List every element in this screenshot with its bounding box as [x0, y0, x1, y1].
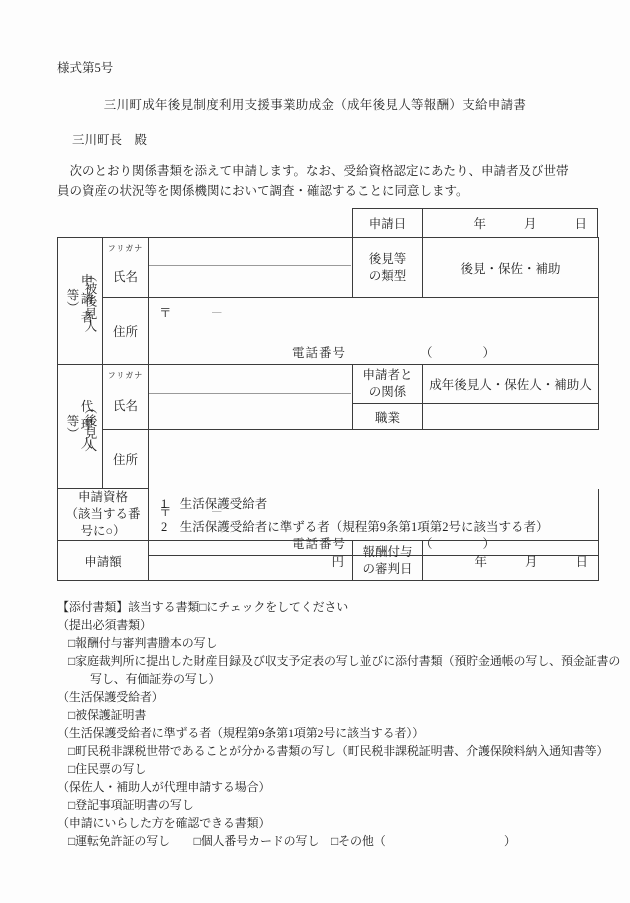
attachment-group-heading: （保佐人・補助人が代理申請する場合）: [57, 778, 617, 796]
month-label: 月: [524, 214, 537, 232]
qualification-options-cell: 1 生活保護受給者 2 生活保護受給者に準ずる者（規程第9条第1項第2号に該当す…: [149, 489, 599, 541]
occupation-value-cell: [423, 404, 599, 430]
applicant-name-label-cell: フリガナ 氏名: [103, 238, 149, 298]
amount-label-cell: 申請額: [58, 541, 149, 581]
qualification-label: （該当する番: [65, 506, 140, 523]
judgment-date-label-cell: 報酬付与 の審判日: [353, 541, 423, 581]
postal-separator: －: [211, 306, 224, 320]
phone-paren-close: ）: [483, 346, 496, 360]
attachment-group-heading: （生活保護受給者に準ずる者（規程第9条第1項第2号に該当する者））: [57, 724, 617, 742]
agent-name-label-cell: フリガナ 氏名: [103, 365, 149, 430]
attachments-section: 【添付書類】該当する書類□にチェックをしてください （提出必須書類） □報酬付与…: [57, 598, 617, 850]
judgment-date-label: の審判日: [362, 561, 412, 578]
relation-value: 成年後見人・保佐人・補助人: [429, 375, 592, 393]
phone-paren-open: （: [420, 346, 433, 360]
agent-name-label: 氏名: [103, 381, 148, 429]
occupation-label-cell: 職業: [353, 404, 423, 430]
year-label: 年: [474, 552, 487, 570]
qualification-option: 2 生活保護受給者に準ずる者（規程第9条第1項第2号に該当する者）: [161, 517, 549, 535]
amount-label: 申請額: [84, 552, 122, 570]
applicant-address-label: 住所: [113, 322, 138, 340]
judgment-date-value-cell: 年 月 日: [423, 541, 599, 581]
relation-label: 申請者と: [362, 367, 412, 384]
applicant-role-note: （被後見人等）: [63, 270, 99, 333]
attachments-heading: 【添付書類】該当する書類□にチェックをしてください: [57, 598, 617, 616]
qualification-label: 号に○）: [80, 523, 125, 540]
furigana-rule: [149, 393, 351, 394]
applicant-address-field: 〒－ 電話番号（）: [149, 298, 599, 365]
postal-row: 〒－: [149, 303, 223, 321]
guardian-type-label: 後見等: [369, 251, 407, 268]
addressee: 三川町長 殿: [72, 130, 147, 148]
agent-name-field: [149, 365, 353, 430]
attachment-checkbox-item: □住民票の写し: [57, 760, 617, 778]
relation-label-cell: 申請者と の関係: [353, 365, 423, 404]
attachment-checkbox-item: □町民税非課税世帯であることが分かる書類の写し（町民税非課税証明書、介護保険料納…: [57, 742, 617, 760]
qualification-label-cell: 申請資格 （該当する番 号に○）: [58, 489, 149, 541]
attachment-group-heading: （申請にいらした方を確認できる書類）: [57, 814, 617, 832]
application-date-label: 申請日: [353, 209, 423, 237]
intro-paragraph: 次のとおり関係書類を添えて申請します。なお、受給資格認定にあたり、申請者及び世帯…: [57, 162, 602, 201]
attachment-checkbox-item: □運転免許証の写し □個人番号カードの写し □その他（ ）: [57, 832, 617, 850]
applicant-name-label: 氏名: [103, 254, 148, 297]
postal-mark: 〒: [159, 306, 172, 320]
attachment-checkbox-item: □被保護証明書: [57, 706, 617, 724]
form-number: 様式第5号: [57, 58, 113, 76]
attachment-checkbox-item: □報酬付与審判書謄本の写し: [57, 634, 617, 652]
month-label: 月: [525, 552, 538, 570]
qualification-label: 申請資格: [78, 489, 128, 506]
guardian-type-label-cell: 後見等 の類型: [353, 238, 423, 298]
day-label: 日: [575, 552, 588, 570]
furigana-rule: [149, 265, 351, 266]
applicant-role-cell: 申請者 （被後見人等）: [58, 238, 103, 365]
guardian-type-value-cell: 後見・保佐・補助: [423, 238, 599, 298]
agent-address-label: 住所: [113, 450, 138, 468]
applicant-name-field: [149, 238, 353, 298]
document-page: 様式第5号 三川町成年後見制度利用支援事業助成金（成年後見人等報酬）支給申請書 …: [0, 0, 630, 903]
phone-label: 電話番号: [292, 346, 346, 360]
intro-line: 次のとおり関係書類を添えて申請します。なお、受給資格認定にあたり、申請者及び世帯: [57, 162, 602, 182]
attachment-group-heading: （生活保護受給者）: [57, 688, 617, 706]
attachment-group-heading: （提出必須書類）: [57, 616, 617, 634]
applicant-address-label-cell: 住所: [103, 298, 149, 365]
phone-row: 電話番号（）: [149, 343, 495, 361]
application-date-value: 年 月 日: [423, 209, 597, 237]
day-label: 日: [574, 214, 587, 232]
year-label: 年: [473, 214, 486, 232]
agent-furigana-label: フリガナ: [103, 370, 148, 381]
qualification-option: 1 生活保護受給者: [161, 494, 267, 512]
agent-role-note: （後見人等）: [63, 396, 99, 458]
judgment-date-value: 年 月 日: [423, 552, 598, 570]
occupation-label: 職業: [375, 408, 400, 426]
attachment-item-continuation: 写し、有価証券の写し）: [57, 670, 617, 688]
guardian-type-label: の類型: [369, 268, 407, 285]
intro-line: 員の資産の状況等を関係機関において調査・確認することに同意します。: [57, 182, 602, 202]
page-title: 三川町成年後見制度利用支援事業助成金（成年後見人等報酬）支給申請書: [0, 95, 630, 113]
guardian-type-value: 後見・保佐・補助: [460, 259, 560, 277]
applicant-furigana-label: フリガナ: [103, 243, 148, 254]
attachment-checkbox-item: □登記事項証明書の写し: [57, 796, 617, 814]
amount-unit: 円: [331, 552, 344, 570]
agent-address-label-cell: 住所: [103, 430, 149, 489]
amount-value-cell: 円: [149, 541, 353, 581]
application-date-row: 申請日 年 月 日: [352, 208, 598, 237]
attachment-checkbox-item: □家庭裁判所に提出した財産目録及び収支予定表の写し並びに添付書類（預貯金通帳の写…: [57, 652, 617, 670]
relation-value-cell: 成年後見人・保佐人・補助人: [423, 365, 599, 404]
judgment-date-label: 報酬付与: [362, 544, 412, 561]
relation-label: の関係: [362, 384, 412, 401]
agent-role-cell: 代理人 （後見人等）: [58, 365, 103, 489]
application-table: 申請者 （被後見人等） フリガナ 氏名 後見等 の類型 後見・保佐・補助 住所 …: [57, 237, 599, 581]
